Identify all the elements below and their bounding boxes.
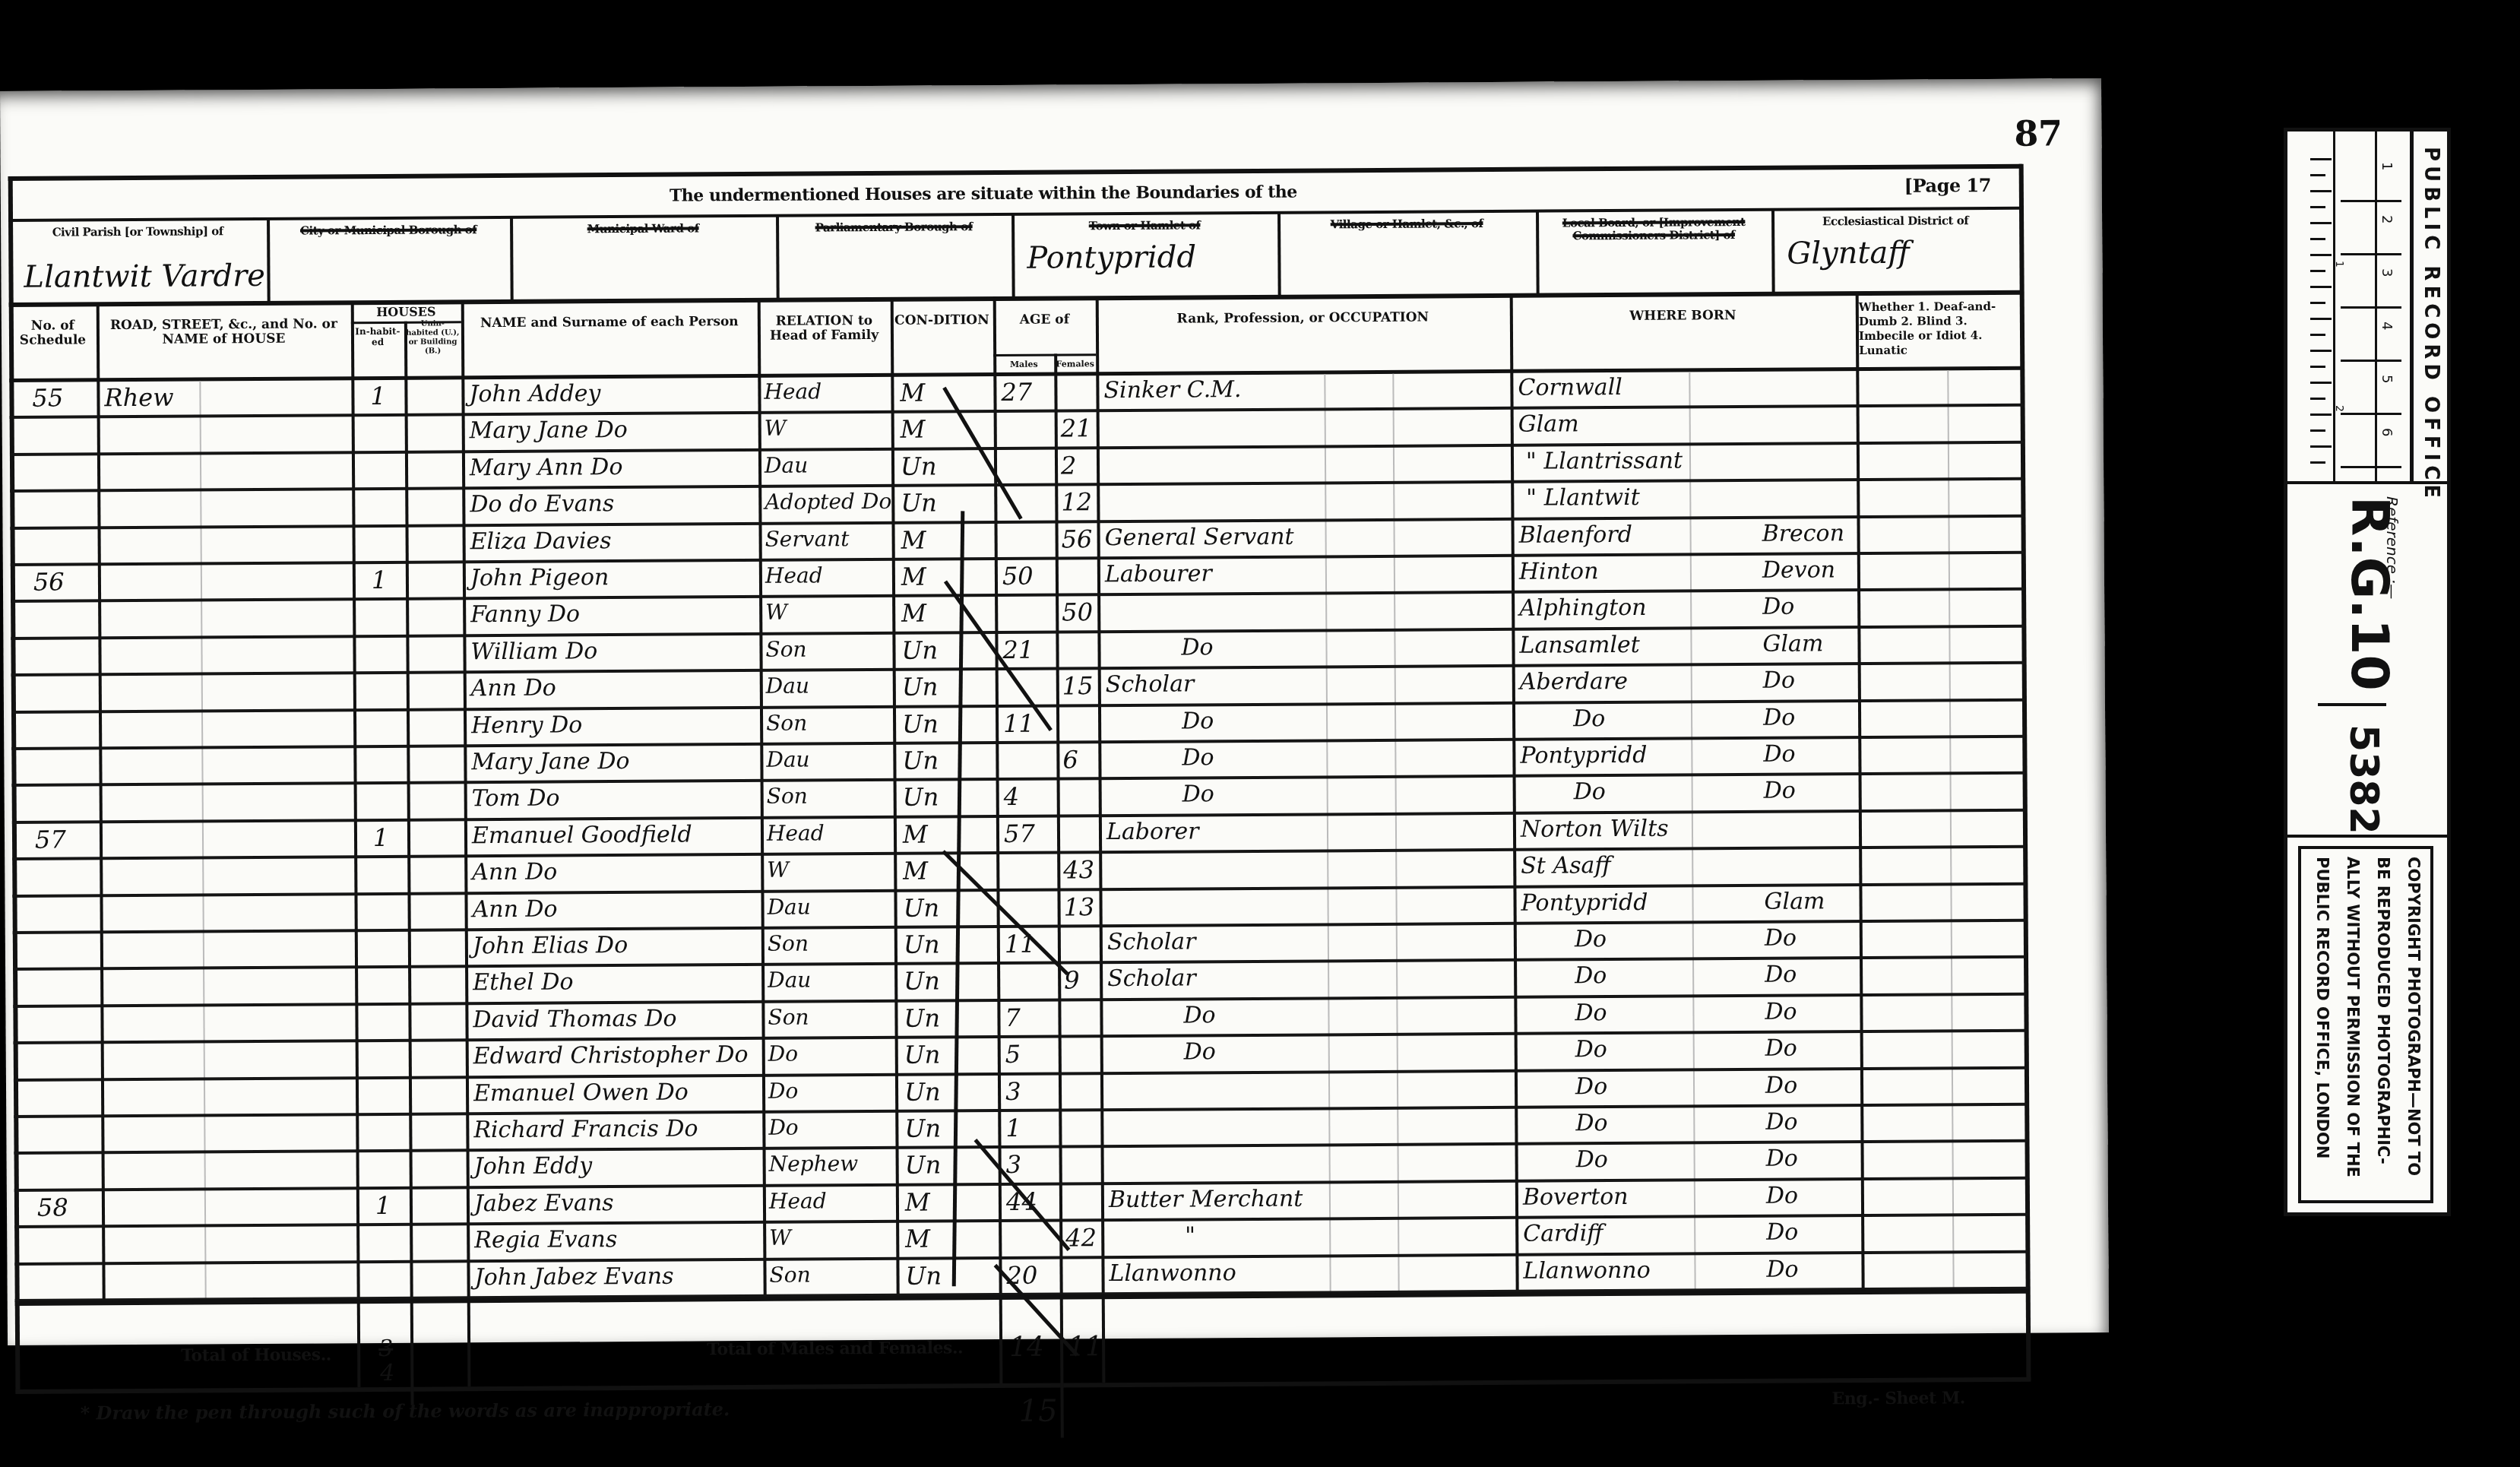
person-name: Ann Do xyxy=(472,895,557,923)
birthplace: Do xyxy=(1573,705,1605,732)
condition: Un xyxy=(905,1151,942,1180)
female-age: 13 xyxy=(1063,892,1094,921)
female-age: 12 xyxy=(1061,487,1092,516)
boundary-divider xyxy=(1277,213,1281,296)
condition: M xyxy=(901,599,926,628)
birthplace-county: Do xyxy=(1765,998,1797,1025)
occupation: Scholar xyxy=(1107,965,1196,993)
boundary-divider xyxy=(1536,211,1540,295)
condition: Un xyxy=(904,1114,941,1142)
column-headers: No. of ScheduleROAD, STREET, &c., and No… xyxy=(0,78,2101,91)
birthplace-county: Do xyxy=(1764,778,1796,804)
margin-tally: 15 xyxy=(1018,1394,1057,1429)
birthplace: Pontypridd xyxy=(1520,742,1647,769)
column-header-schedule: No. of Schedule xyxy=(12,318,93,348)
relation: Dau xyxy=(766,747,809,772)
occupation: Labourer xyxy=(1105,560,1212,588)
condition: Un xyxy=(902,673,939,702)
person-name: Emanuel Goodfield xyxy=(472,821,692,849)
relation: W xyxy=(765,416,787,441)
inhabited-count: 1 xyxy=(375,1191,391,1220)
relation: W xyxy=(767,857,789,882)
relation: Dau xyxy=(766,673,809,699)
birthplace: Do xyxy=(1575,1073,1607,1100)
slip-divider-1 xyxy=(2287,481,2447,484)
column-header-inhabited: In-habit-ed xyxy=(353,326,403,347)
scale-mark: 2 xyxy=(2379,215,2395,223)
occupation: Do xyxy=(1183,1002,1215,1028)
female-age: 2 xyxy=(1061,451,1077,480)
birthplace: Aberdare xyxy=(1520,668,1628,695)
boundary-divider xyxy=(1771,210,1775,293)
column-header-road: ROAD, STREET, &c., and No. or NAME of HO… xyxy=(100,317,348,347)
male-age: 21 xyxy=(1002,635,1034,664)
ruler-tick xyxy=(2310,398,2325,400)
condition: Un xyxy=(904,967,940,996)
occupation: " xyxy=(1185,1223,1195,1250)
person-name: Edward Christopher Do xyxy=(473,1041,749,1069)
person-name: John Addey xyxy=(469,380,600,407)
column-header-relation: RELATION to Head of Family xyxy=(761,314,888,344)
condition: Un xyxy=(905,1261,942,1290)
copyright-line: ALLY WITHOUT PERMISSION OF THE xyxy=(2344,857,2362,1177)
ruler-tick xyxy=(2310,190,2332,192)
footnote: * Draw the pen through such of the words… xyxy=(81,1398,730,1424)
occupation: Scholar xyxy=(1106,671,1195,699)
copyright-box: COPYRIGHT PHOTOGRAPH—NOT TOBE REPRODUCED… xyxy=(2298,846,2433,1203)
condition: M xyxy=(900,379,925,407)
person-name: Mary Jane Do xyxy=(470,417,628,444)
condition: Un xyxy=(901,635,938,664)
relation: Head xyxy=(767,820,825,845)
birthplace: Blaenford xyxy=(1518,521,1632,548)
birthplace: Do xyxy=(1576,1146,1608,1173)
male-age: 11 xyxy=(1005,930,1036,958)
boundaries-rule xyxy=(9,290,2023,307)
ruler-edge xyxy=(2333,131,2335,481)
occupation: Do xyxy=(1181,634,1213,661)
schedule-number: 58 xyxy=(37,1193,68,1221)
condition: Un xyxy=(902,746,939,775)
person-name: Eliza Davies xyxy=(470,528,612,555)
male-age: 57 xyxy=(1004,819,1035,848)
ruler-tick xyxy=(2310,445,2332,448)
page-label: [Page 17 xyxy=(1904,174,1991,197)
boundary-divider xyxy=(267,219,271,303)
birthplace: Norton Wilts xyxy=(1521,815,1669,842)
column-header-uninhabited: Unin-habited (U.), or Building (B.) xyxy=(406,319,460,356)
schedule-number: 55 xyxy=(32,383,63,412)
person-name: Regia Evans xyxy=(474,1226,617,1253)
relation: W xyxy=(765,600,787,625)
condition: Un xyxy=(904,1003,940,1032)
relation: Son xyxy=(766,710,807,735)
male-age: 11 xyxy=(1003,708,1034,737)
boundary-label: Village or Hamlet, &c., of xyxy=(1284,217,1530,232)
birthplace-county: Do xyxy=(1766,1219,1798,1246)
column-header-age: AGE of xyxy=(993,312,1096,328)
birthplace: Alphington xyxy=(1519,594,1647,622)
relation: Nephew xyxy=(769,1152,859,1177)
boundary-label: Local Board, or [Improvement Commissione… xyxy=(1542,216,1765,243)
series-code: R.G.10 xyxy=(2339,496,2399,691)
male-age: 4 xyxy=(1004,782,1020,811)
person-name: Emanuel Owen Do xyxy=(473,1079,689,1107)
person-name: Jabez Evans xyxy=(474,1190,614,1217)
slip-divider-2 xyxy=(2287,835,2447,838)
occupation: Scholar xyxy=(1107,928,1196,955)
person-name: Mary Ann Do xyxy=(470,454,623,481)
scale-tick xyxy=(2341,253,2401,255)
occupation: Do xyxy=(1182,744,1214,771)
condition: M xyxy=(905,1225,930,1253)
piece-number: 5382 xyxy=(2341,724,2386,835)
person-name: John Elias Do xyxy=(473,932,628,959)
birthplace-county: Devon xyxy=(1762,556,1835,584)
inhabited-count: 1 xyxy=(370,382,386,410)
road-name: Rhew xyxy=(104,383,173,413)
occupation: Laborer xyxy=(1106,818,1199,845)
condition: M xyxy=(903,857,928,886)
ruler-tick xyxy=(2310,302,2325,304)
person-name: John Pigeon xyxy=(470,564,609,591)
boundary-value: Glyntaff xyxy=(1787,236,1910,271)
birthplace-county: Do xyxy=(1763,667,1795,694)
condition: M xyxy=(901,415,926,444)
birthplace: Pontypridd xyxy=(1521,889,1648,916)
ruler-tick xyxy=(2310,334,2325,336)
birthplace: Cardiff xyxy=(1523,1220,1603,1247)
scale-edge xyxy=(2375,131,2377,481)
relation: Head xyxy=(764,379,822,404)
relation: Son xyxy=(769,1262,810,1287)
bottom-rule xyxy=(15,1377,2031,1394)
condition: Un xyxy=(902,709,939,738)
person-name: David Thomas Do xyxy=(473,1005,676,1033)
sheet-mark: Eng.- Sheet M. xyxy=(1831,1388,1964,1408)
person-name: Henry Do xyxy=(471,711,582,739)
scale-tick xyxy=(2341,306,2401,309)
reference-slip: PUBLIC RECORD OFFICE 12345612 Reference … xyxy=(2284,128,2451,1216)
birthplace: Glam xyxy=(1518,411,1579,438)
person-name: Fanny Do xyxy=(470,601,580,629)
boundary-divider xyxy=(1011,214,1015,298)
schedule-number: 56 xyxy=(33,567,65,596)
boundary-label: Ecclesiastical District of xyxy=(1778,214,2013,229)
condition: Un xyxy=(901,489,937,518)
condition: M xyxy=(901,562,926,591)
female-age: 6 xyxy=(1062,745,1078,774)
occupation: Do xyxy=(1182,781,1214,808)
birthplace-county: Do xyxy=(1765,1035,1797,1062)
relation: W xyxy=(769,1225,791,1250)
birthplace: " Llantwit xyxy=(1526,484,1640,512)
condition: Un xyxy=(904,930,940,958)
relation: Do xyxy=(768,1041,799,1066)
birthplace: Do xyxy=(1575,1036,1607,1063)
census-page: 87 The undermentioned Houses are situate… xyxy=(0,78,2109,1345)
scale-mark: 6 xyxy=(2379,428,2395,436)
birthplace: Boverton xyxy=(1523,1183,1629,1211)
series-divider xyxy=(2318,703,2386,706)
relation: Adopted Do xyxy=(765,489,891,515)
intro-text: The undermentioned Houses are situate wi… xyxy=(670,182,1297,206)
ruler-tick xyxy=(2310,286,2332,288)
ruler-tick xyxy=(2310,318,2332,320)
scale-mark: 3 xyxy=(2379,268,2395,277)
boundaries-row: Civil Parish [or Township] ofLlantwit Va… xyxy=(0,78,2101,91)
relation: Do xyxy=(768,1115,799,1140)
column-header-females: Females xyxy=(1054,356,1096,371)
relation: Head xyxy=(765,562,823,588)
birthplace-county: Glam xyxy=(1762,630,1823,657)
total-females: 11 xyxy=(1068,1331,1103,1362)
male-age: 3 xyxy=(1006,1150,1022,1179)
total-houses-value: 4 xyxy=(380,1360,394,1386)
birthplace-county: Do xyxy=(1766,1182,1798,1209)
relation: Servant xyxy=(765,526,850,552)
condition: M xyxy=(905,1187,930,1216)
boundary-divider xyxy=(776,216,780,299)
birthplace: Do xyxy=(1575,926,1607,952)
ruler-tick xyxy=(2310,206,2325,208)
condition: Un xyxy=(903,783,939,812)
total-males: 14 xyxy=(1009,1332,1044,1363)
column-header-occupation: Rank, Profession, or OCCUPATION xyxy=(1099,310,1507,327)
inhabited-count: 1 xyxy=(372,566,388,594)
birthplace-county: Do xyxy=(1766,1145,1798,1172)
total-persons-label: Total of Males and Females.. xyxy=(707,1338,963,1359)
male-age: 27 xyxy=(1001,378,1032,407)
birthplace: Cornwall xyxy=(1518,374,1622,401)
birthplace-county: Do xyxy=(1762,594,1794,620)
relation: Son xyxy=(768,931,809,956)
ruler-tick xyxy=(2310,158,2332,160)
copyright-line: PUBLIC RECORD OFFICE, LONDON xyxy=(2313,857,2332,1158)
slip-header: PUBLIC RECORD OFFICE xyxy=(2420,147,2442,502)
boundary-label: Parliamentary Borough of xyxy=(782,220,1005,235)
occupation: Sinker C.M. xyxy=(1103,376,1241,404)
birthplace-county: Brecon xyxy=(1762,520,1844,547)
birthplace-county: Do xyxy=(1765,925,1797,952)
relation: Dau xyxy=(767,894,810,919)
female-age: 21 xyxy=(1061,414,1092,443)
female-age: 43 xyxy=(1063,855,1094,884)
scale-mark: 1 xyxy=(2379,162,2395,170)
ruler-tick xyxy=(2310,222,2332,224)
ruler-tick xyxy=(2310,254,2332,256)
person-name: John Jabez Evans xyxy=(474,1263,673,1291)
birthplace-county: Do xyxy=(1763,741,1795,768)
boundary-label: Town or Hamlet of xyxy=(1018,219,1271,233)
male-age: 5 xyxy=(1005,1040,1021,1069)
ruler-tick xyxy=(2310,429,2325,432)
total-houses-struck: 3 xyxy=(378,1336,393,1362)
scale-tick xyxy=(2341,413,2401,415)
relation: Dau xyxy=(768,968,811,993)
inhabited-count: 1 xyxy=(373,823,389,852)
condition: Un xyxy=(904,1041,941,1069)
boundary-value: Pontypridd xyxy=(1027,239,1196,275)
person-name: Ann Do xyxy=(472,859,557,886)
birthplace-county: Do xyxy=(1763,704,1795,730)
birthplace: Lansamlet xyxy=(1519,632,1639,659)
ruler-tick xyxy=(2310,350,2332,352)
ruler-tick xyxy=(2310,382,2332,384)
copyright-line: COPYRIGHT PHOTOGRAPH—NOT TO xyxy=(2404,857,2423,1176)
person-name: Do do Evans xyxy=(470,490,614,518)
male-age: 1 xyxy=(1005,1114,1021,1142)
person-name: Tom Do xyxy=(472,785,560,813)
column-header-name: NAME and Surname of each Person xyxy=(464,315,755,331)
column-header-where-born: WHERE BORN xyxy=(1513,308,1853,325)
boundary-divider xyxy=(510,217,514,301)
birthplace: " Llantrissant xyxy=(1526,447,1683,474)
birthplace: Do xyxy=(1575,962,1607,989)
ruler-tick xyxy=(2310,413,2332,416)
folio-number: 87 xyxy=(2014,112,2062,154)
occupation: Butter Merchant xyxy=(1109,1185,1303,1213)
relation: Son xyxy=(767,784,808,809)
scale-mark: 5 xyxy=(2379,375,2395,383)
birthplace: Do xyxy=(1575,1000,1607,1026)
person-name: William Do xyxy=(470,638,597,665)
male-age: 7 xyxy=(1005,1003,1021,1032)
female-age: 50 xyxy=(1062,598,1093,627)
birthplace: Do xyxy=(1575,1110,1607,1136)
occupation: Llanwonno xyxy=(1109,1259,1236,1287)
schedule-number: 57 xyxy=(35,825,66,854)
census-table: 55Rhew1John AddeyHeadM27Sinker C.M.Cornw… xyxy=(0,78,2101,91)
ruler-tick xyxy=(2310,270,2325,272)
birthplace: Do xyxy=(1574,779,1606,806)
condition: M xyxy=(901,525,926,554)
column-header-condition: CON-DITION xyxy=(894,313,990,328)
top-rule xyxy=(8,164,2022,181)
person-name: Ann Do xyxy=(471,675,556,702)
condition: Un xyxy=(903,893,939,922)
person-name: Ethel Do xyxy=(473,969,573,996)
male-age: 3 xyxy=(1005,1076,1021,1105)
condition: Un xyxy=(901,452,937,480)
birthplace: St Asaff xyxy=(1521,852,1611,879)
relation: Head xyxy=(769,1188,827,1213)
ruler-tick xyxy=(2310,366,2325,368)
male-age: 50 xyxy=(1002,562,1034,591)
scale-mark: 4 xyxy=(2379,322,2395,330)
female-age: 15 xyxy=(1062,671,1094,700)
person-name: John Eddy xyxy=(474,1153,593,1180)
column-header-males: Males xyxy=(993,357,1054,372)
person-name: Mary Jane Do xyxy=(471,748,629,775)
condition: M xyxy=(903,819,928,848)
birthplace-county: Do xyxy=(1766,1256,1798,1282)
relation: Dau xyxy=(765,452,808,477)
birthplace: Llanwonno xyxy=(1523,1256,1650,1284)
relation: Do xyxy=(768,1078,799,1103)
condition: Un xyxy=(904,1077,941,1106)
slip-header-rule xyxy=(2410,131,2414,481)
scale-tick xyxy=(2341,360,2401,362)
relation: Son xyxy=(765,636,806,661)
birthplace: Hinton xyxy=(1519,558,1599,585)
scale-tick xyxy=(2341,466,2401,468)
total-houses-label: Total of Houses.. xyxy=(181,1345,331,1365)
female-age: 56 xyxy=(1062,524,1093,553)
person-name: Richard Francis Do xyxy=(473,1115,698,1143)
relation: Son xyxy=(768,1004,809,1029)
birthplace-county: Glam xyxy=(1764,888,1825,914)
occupation: General Servant xyxy=(1105,523,1294,551)
boundary-label: Municipal Ward of xyxy=(516,222,770,236)
scale-tick xyxy=(2341,200,2401,202)
birthplace-county: Do xyxy=(1765,962,1797,988)
boundary-label: Civil Parish [or Township] of xyxy=(14,225,261,239)
copyright-line: BE REPRODUCED PHOTOGRAPHIC- xyxy=(2374,857,2392,1164)
occupation: Do xyxy=(1184,1038,1216,1065)
column-header-infirmity: Whether 1. Deaf-and-Dumb 2. Blind 3. Imb… xyxy=(1859,299,2017,358)
occupation: Do xyxy=(1182,708,1214,734)
boundary-value: Llantwit Vardre xyxy=(24,258,265,295)
birthplace-county: Do xyxy=(1765,1109,1797,1136)
column-header-houses: HOUSES xyxy=(351,304,461,319)
birthplace-county: Do xyxy=(1765,1072,1797,1098)
boundary-label: City or Municipal Borough of xyxy=(273,223,504,238)
ruler-tick xyxy=(2310,238,2325,240)
ruler-tick xyxy=(2310,461,2325,464)
ruler-tick xyxy=(2310,174,2325,176)
